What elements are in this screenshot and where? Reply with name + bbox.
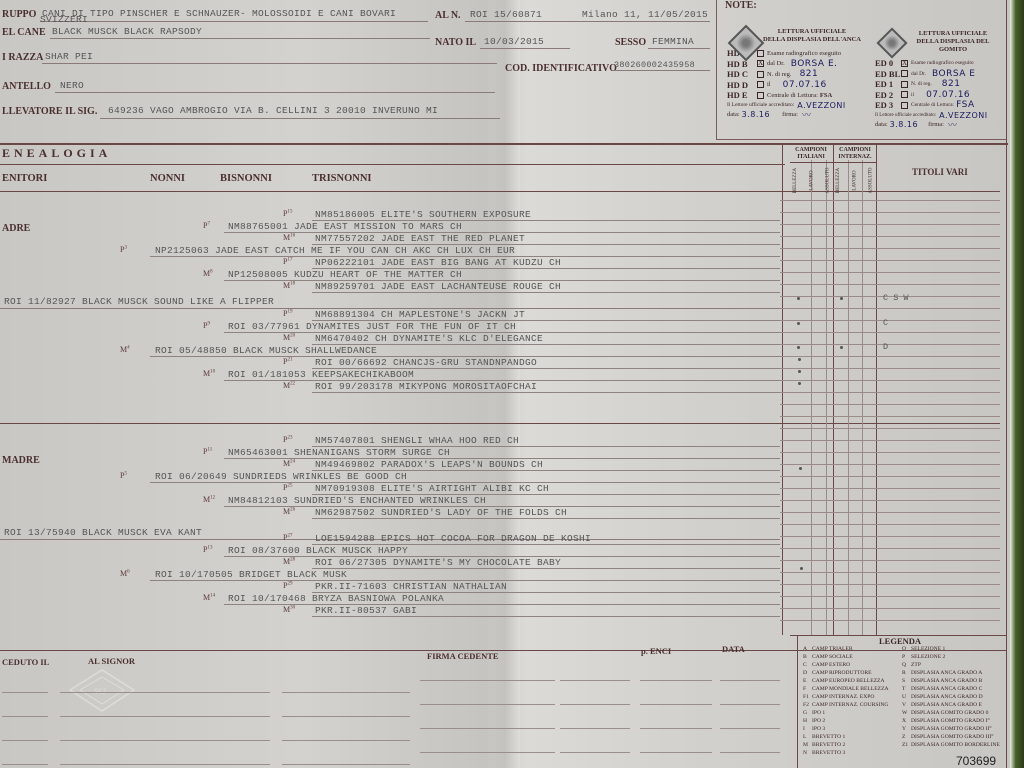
elbow-date-handwritten: 07.07.16 [926, 90, 970, 100]
birth-date: 10/03/2015 [484, 36, 544, 47]
hd-a-checkbox[interactable] [757, 50, 764, 57]
registration-number: ROI 15/60871 [470, 9, 542, 20]
ancestor-underline [312, 344, 780, 345]
grid-row-line [780, 608, 1000, 609]
ancestor-name: NM89259701 JADE EAST LACHANTEUSE ROUGE C… [315, 281, 561, 292]
legend-value: DISPLASIA ANCA GRADO D [911, 694, 983, 700]
ed-grade-code: ED 1 [875, 79, 901, 89]
sire-name: ROI 11/82927 BLACK MUSCK SOUND LIKE A FL… [4, 296, 274, 307]
titoli-sire: C S W [883, 293, 909, 303]
ancestor-position: P29 [283, 581, 292, 590]
legend-item: ACAMP TRIALER [803, 646, 853, 654]
ed-grade-row: ED 2 il 07.07.16 [875, 90, 1003, 101]
ed-text: Esame radiografico eseguito [911, 60, 974, 66]
cod-label: COD. IDENTIFICATIVO [505, 63, 617, 74]
legend-item: VDISPLASIA ANCA GRADO E [902, 702, 982, 710]
ancestor-name: NM88765001 JADE EAST MISSION TO MARS CH [228, 221, 462, 232]
dam-name: ROI 13/75940 BLACK MUSCK EVA KANT [4, 527, 202, 538]
campioni-internaz-header: CAMPIONI INTERNAZ. [834, 147, 876, 161]
grid-row-line [780, 488, 1000, 489]
gruppo-value-2: SVIZZERI [40, 14, 88, 25]
legend-value: SELEZIONE 1 [911, 646, 945, 652]
legend-key: Y [902, 726, 911, 734]
champion-mark [797, 346, 800, 349]
signature-line [720, 728, 780, 729]
hip-firma-label: firma: [782, 111, 798, 118]
signature-line [720, 680, 780, 681]
ancestor-underline [312, 568, 780, 569]
ed-0-checkbox[interactable]: X [901, 60, 908, 67]
signature-line [420, 728, 555, 729]
signature-line [560, 728, 630, 729]
note-box: NOTE: LETTURA UFFICIALE DELLA DISPLASIA … [716, 0, 1006, 140]
hip-data-label: data: [727, 111, 740, 118]
signature-line [282, 764, 410, 765]
champion-mark [797, 297, 800, 300]
signature-line [60, 764, 270, 765]
legend-value: DISPLASIA GOMITO BORDERLINE [911, 742, 1000, 748]
legend-value: BREVETTO 3 [812, 750, 845, 756]
ancestor-position: P11 [203, 447, 212, 456]
legend-value: DISPLASIA ANCA GRADO E [911, 702, 982, 708]
col-bellezza-it: BELLEZZA [793, 168, 798, 193]
grid-row-line [780, 392, 1000, 393]
grid-row-line [780, 344, 1000, 345]
ancestor-position: M12 [203, 495, 215, 504]
col-lavoro-it: LAVORO [810, 170, 815, 190]
legend-item: LBREVETTO 1 [803, 734, 845, 742]
ancestor-position: M4 [120, 345, 130, 354]
madre-label: MADRE [2, 455, 40, 466]
hd-grade-row: HD B X dal Dr. BORSA E. [727, 59, 867, 70]
legend-key: H [803, 718, 812, 726]
legend-value: CAMP TRIALER [812, 646, 853, 652]
legend-item: UDISPLASIA ANCA GRADO D [902, 694, 983, 702]
signature-line [420, 680, 555, 681]
hip-reader-row: Il Lettore ufficiale accreditato: A.VEZZ… [727, 101, 867, 110]
genealogy-title: ENEALOGIA [2, 146, 111, 161]
ancestor-name: ROI 08/37600 BLACK MUSCK HAPPY [228, 545, 408, 556]
elbow-doctor-handwritten: BORSA E [932, 69, 975, 79]
ed-grade-code: ED BL [875, 69, 901, 79]
hd-grade-row: HD C N. di reg. 821 [727, 69, 867, 80]
legend-key: B [803, 654, 812, 662]
ancestor-position: M30 [283, 605, 295, 614]
hd-b-checkbox[interactable]: X [757, 60, 764, 67]
ancestor-name: ROI 03/77961 DYNAMITES JUST FOR THE FUN … [228, 321, 516, 332]
ancestor-position: P5 [120, 471, 127, 480]
titoli-vari-header: TITOLI VARI [912, 167, 968, 177]
ancestor-position: M22 [283, 381, 295, 390]
grid-row-line [780, 416, 1000, 417]
legend-value: IPO 3 [812, 726, 825, 732]
grid-row-line [780, 236, 1000, 237]
pedigree-certificate: RUPPO CANI DI TIPO PINSCHER E SCHNAUZER-… [0, 0, 1012, 768]
ancestor-name: NP12508005 KUDZU HEART OF THE MATTER CH [228, 269, 462, 280]
grid-row-line [780, 512, 1000, 513]
ed-text: dal Dr. [911, 71, 926, 77]
legend-item: Z1DISPLASIA GOMITO BORDERLINE [902, 742, 1000, 750]
signature-line [282, 692, 410, 693]
grid-row-line [780, 356, 1000, 357]
nato-label: NATO IL [435, 37, 476, 48]
camp-divider [782, 145, 783, 635]
ed-text: Centrale di Lettura: [911, 102, 954, 108]
legend-value: BREVETTO 2 [812, 742, 845, 748]
legend-key: D [803, 670, 812, 678]
hd-text: Esame radiografico eseguito [767, 50, 841, 57]
grid-row-line [780, 200, 1000, 201]
legend-item: TDISPLASIA ANCA GRADO C [902, 686, 982, 694]
grid-row-line [780, 464, 1000, 465]
ancestor-position: P25 [283, 483, 292, 492]
ancestor-position: M6 [120, 569, 130, 578]
grid-row-line [780, 596, 1000, 597]
ancestor-name: ROI 01/181053 KEEPSAKECHIKABOOM [228, 369, 414, 380]
col-assoluto-it: ASSOLUTO [826, 167, 831, 193]
grid-row-line [780, 260, 1000, 261]
nato-underline [480, 48, 570, 49]
hip-title-2: DELLA DISPLASIA DELL'ANCA [757, 36, 867, 44]
legend-item: F1CAMP INTERNAZ. EXPO [803, 694, 874, 702]
gruppo-label: RUPPO [2, 9, 36, 20]
grid-row-line [780, 248, 1000, 249]
grid-row-line [780, 524, 1000, 525]
elbow-reader-row: Il Lettore ufficiale accreditato: A.VEZZ… [875, 111, 1003, 120]
champion-mark [799, 467, 802, 470]
ancestor-position: M24 [283, 459, 295, 468]
signature-line [640, 752, 712, 753]
microchip-id: 380260002435958 [614, 60, 695, 70]
signature-line [2, 764, 48, 765]
ed-2-checkbox[interactable] [901, 91, 908, 98]
legend-value: IPO 2 [812, 718, 825, 724]
col-lavoro-int: LAVORO [853, 170, 858, 190]
al-signor-label: AL SIGNOR [88, 656, 135, 666]
grid-row-line [780, 572, 1000, 573]
legend-item: YDISPLASIA GOMITO GRADO II° [902, 726, 992, 734]
legend-value: CAMP MONDIALE BELLEZZA [812, 686, 889, 692]
ancestor-name: NP2125063 JADE EAST CATCH ME IF YOU CAN … [155, 245, 515, 256]
legend-key: C [803, 662, 812, 670]
serial-number: 703699 [956, 754, 996, 768]
elbow-reg-handwritten: 821 [942, 79, 961, 89]
ed-3-checkbox[interactable] [901, 102, 908, 109]
legend-value: CAMP RIPRODUTTORE [812, 670, 872, 676]
camp-divider [848, 160, 849, 635]
gruppo-value: CANI DI TIPO PINSCHER E SCHNAUZER- MOLOS… [42, 8, 396, 19]
ed-grade-code: ED 2 [875, 90, 901, 100]
signature-line [720, 752, 780, 753]
ancestor-position: P3 [120, 245, 127, 254]
legend-value: CAMP ESTERO [812, 662, 850, 668]
signature-line [2, 716, 48, 717]
legend-key: O [902, 646, 911, 654]
ancestor-position: P21 [283, 357, 292, 366]
al-n-label: AL N. [435, 10, 461, 21]
legend-key: I [803, 726, 812, 734]
firma-cedente-label: FIRMA CEDENTE [427, 651, 499, 661]
signature-line [420, 752, 555, 753]
ancestor-position: M8 [203, 269, 213, 278]
ed-text: N. di reg. [911, 81, 932, 87]
hip-data-handwritten: 3.8.16 [742, 110, 770, 119]
ancestor-name: ROI 06/27305 DYNAMITE'S MY CHOCOLATE BAB… [315, 557, 561, 568]
legend-item: CCAMP ESTERO [803, 662, 850, 670]
ed-text: il [911, 92, 914, 98]
hip-date-handwritten: 07.07.16 [783, 80, 827, 90]
ancestor-position: P19 [283, 309, 292, 318]
grid-row-line [780, 440, 1000, 441]
signature-line [60, 692, 270, 693]
signature-line [560, 704, 630, 705]
hip-reg-handwritten: 821 [800, 69, 819, 79]
grid-row-line [780, 500, 1000, 501]
ancestor-position: P23 [283, 435, 292, 444]
ancestor-name: NM68891304 CH MAPLESTONE'S JACKN JT [315, 309, 525, 320]
signature-line [420, 704, 555, 705]
grid-row-line [780, 560, 1000, 561]
ed-grade-code: ED 3 [875, 100, 901, 110]
legend-item: BCAMP SOCIALE [803, 654, 853, 662]
legend-key: E [803, 678, 812, 686]
grid-row-line [780, 404, 1000, 405]
signature-line [560, 752, 630, 753]
ancestor-underline [312, 292, 780, 293]
ancestor-name: NM57407801 SHENGLI WHAA HOO RED CH [315, 435, 519, 446]
legend-value: SELEZIONE 2 [911, 654, 945, 660]
hd-text: dal Dr. [767, 60, 785, 67]
legend-key: Z [902, 734, 911, 742]
mantello-label: ANTELLO [2, 81, 51, 92]
legend-value: DISPLASIA ANCA GRADO C [911, 686, 982, 692]
hd-grade-code: HD D [727, 80, 757, 90]
champion-mark [798, 370, 801, 373]
ancestor-position: M16 [283, 233, 295, 242]
genealogy-top-rule [0, 143, 1008, 145]
legend-key: P [902, 654, 911, 662]
legend-key: F1 [803, 694, 812, 702]
legend-value: CAMP INTERNAZ. EXPO [812, 694, 874, 700]
ancestor-position: M28 [283, 557, 295, 566]
legend-value: DISPLASIA ANCA GRADO A [911, 670, 982, 676]
grid-row-line [780, 548, 1000, 549]
allevatore-label: LLEVATORE IL SIG. [2, 106, 97, 117]
hip-date-row: data: 3.8.16 firma: 〰 [727, 110, 867, 119]
ancestor-name: NM49469802 PARADOX'S LEAPS'N BOUNDS CH [315, 459, 543, 470]
elbow-centre-handwritten: FSA [956, 100, 975, 110]
hip-doctor-handwritten: BORSA E. [791, 59, 838, 69]
camp-divider [826, 160, 827, 635]
camp-divider [862, 160, 863, 635]
ed-grade-row: ED 3 Centrale di Lettura: FSA [875, 100, 1003, 111]
legend-item: FCAMP MONDIALE BELLEZZA [803, 686, 889, 694]
legend-key: X [902, 718, 911, 726]
sire-dam-divider [0, 423, 1000, 424]
ancestor-underline [312, 616, 780, 617]
hd-text: il [767, 81, 771, 88]
cane-underline [50, 38, 430, 39]
legend-item: WDISPLASIA GOMITO GRADO 0 [902, 710, 988, 718]
ed-grade-row: ED BL dal Dr. BORSA E [875, 69, 1003, 80]
ancestor-name: ROI 06/20649 SUNDRIEDS WRINKLES BE GOOD … [155, 471, 407, 482]
razza-underline [42, 63, 497, 64]
gruppo-underline [40, 21, 428, 22]
razza-label: I RAZZA [2, 52, 43, 63]
hd-grade-code: HD E [727, 90, 757, 100]
ancestor-position: P15 [283, 209, 292, 218]
signature-icon: 〰 [802, 108, 812, 121]
issue-place-date: Milano 11, 11/05/2015 [582, 9, 708, 20]
cod-underline [612, 70, 710, 71]
legend-key: T [902, 686, 911, 694]
champion-mark [840, 297, 843, 300]
grid-row-line [780, 368, 1000, 369]
ed-grade-code: ED 0 [875, 58, 901, 68]
ancestor-name: ROI 00/66692 CHANCJS-GRU STANDNPANDGO [315, 357, 537, 368]
legend-key: M [803, 742, 812, 750]
grid-row-line [780, 332, 1000, 333]
ancestor-position: M10 [203, 369, 215, 378]
grid-row-line [780, 536, 1000, 537]
ancestor-position: M20 [283, 333, 295, 342]
grid-row-line [780, 320, 1000, 321]
breed-value: SHAR PEI [45, 51, 93, 62]
ancestor-name: NM62987502 SUNDRIED'S LADY OF THE FOLDS … [315, 507, 567, 518]
padre-label: ADRE [2, 223, 30, 234]
ancestor-name: NM85186005 ELITE'S SOUTHERN EXPOSURE [315, 209, 531, 220]
camp-divider [833, 145, 834, 635]
col-bisnonni: BISNONNI [220, 173, 272, 184]
ancestor-name: NM77557202 JADE EAST THE RED PLANET [315, 233, 525, 244]
coat-value: NERO [60, 80, 84, 91]
ancestor-underline [224, 604, 780, 605]
ancestor-name: NM84812103 SUNDRIED'S ENCHANTED WRINKLES… [228, 495, 486, 506]
legend-key: F [803, 686, 812, 694]
hip-centre: FSA [820, 92, 832, 99]
legend-key: Z1 [902, 742, 911, 750]
sesso-underline [648, 48, 710, 49]
legend-key: N [803, 750, 812, 758]
background-edge [1010, 0, 1024, 768]
legend-value: ZTP [911, 662, 921, 668]
col-bellezza-int: BELLEZZA [836, 168, 841, 193]
legend-item: RDISPLASIA ANCA GRADO A [902, 670, 982, 678]
note-label: NOTE: [725, 0, 757, 11]
ed-grade-row: ED 0 X Esame radiografico eseguito [875, 58, 1003, 69]
ancestor-position: P17 [283, 257, 292, 266]
signature-line [282, 716, 410, 717]
signature-line [60, 740, 270, 741]
legend-item: DCAMP RIPRODUTTORE [803, 670, 872, 678]
elbow-data-handwritten: 3.8.16 [890, 120, 918, 129]
ancestor-position: P13 [203, 545, 212, 554]
mantello-underline [55, 92, 495, 93]
grid-row-line [780, 224, 1000, 225]
legend-item: ECAMP EUROPEO BELLEZZA [803, 678, 885, 686]
elbow-firma-label: firma: [928, 121, 944, 128]
ed-bl-checkbox[interactable] [901, 70, 908, 77]
enci-embossed-seal-icon: SCI [62, 668, 142, 713]
legend-item: NBREVETTO 3 [803, 750, 845, 758]
elbow-title-1: LETTURA UFFICIALE [903, 30, 1003, 38]
ancestor-position: P27 [283, 533, 292, 542]
elbow-title-2: DELLA DISPLASIA DEL GOMITO [903, 38, 1003, 54]
legend-key: G [803, 710, 812, 718]
grid-row-line [780, 308, 1000, 309]
champion-mark [798, 382, 801, 385]
titoli-9: C [883, 318, 888, 328]
elbow-data-label: data: [875, 121, 888, 128]
ed-1-checkbox[interactable] [901, 81, 908, 88]
ancestor-name: ROI 10/170505 BRIDGET BLACK MUSK [155, 569, 347, 580]
hd-text: Centrale di Lettura: [767, 92, 818, 99]
hd-grade-code: HD C [727, 69, 757, 79]
grid-row-line [780, 272, 1000, 273]
legend-value: DISPLASIA GOMITO GRADO II° [911, 726, 992, 732]
legend-key: Q [902, 662, 911, 670]
champion-mark [798, 358, 801, 361]
breeder-value: 649236 VAGO AMBROGIO VIA B. CELLINI 3 20… [108, 105, 438, 116]
col-assoluto-int: ASSOLUTO [869, 167, 874, 193]
ceduto-il-label: CEDUTO IL [2, 657, 49, 667]
ancestor-name: NP06222101 JADE EAST BIG BANG AT KUDZU C… [315, 257, 561, 268]
legend-item: F2CAMP INTERNAZ. COURSING [803, 702, 888, 710]
al-n-underline [465, 21, 710, 22]
hd-grade-row: HD E Centrale di Lettura: FSA [727, 90, 867, 101]
ancestor-name: NM70919308 ELITE'S AIRTIGHT ALIBI KC CH [315, 483, 549, 494]
column-header-rule [0, 191, 1000, 192]
ancestor-name: ROI 10/170468 BRYZA BASNIOWA POLANKA [228, 593, 444, 604]
ancestor-position: P7 [203, 221, 210, 230]
grid-row-line [780, 212, 1000, 213]
legend-value: DISPLASIA GOMITO GRADO III° [911, 734, 993, 740]
hd-text: N. di reg. [767, 71, 792, 78]
grid-row-line [780, 476, 1000, 477]
hip-title-1: LETTURA UFFICIALE [757, 28, 867, 36]
legend-value: DISPLASIA GOMITO GRADO I° [911, 718, 990, 724]
genealogy-sub-rule [0, 164, 785, 165]
ancestor-name: ROI 99/203178 MIKYPONG MOROSITAOFCHAI [315, 381, 537, 392]
hd-e-checkbox[interactable] [757, 92, 764, 99]
legend-item: HIPO 2 [803, 718, 825, 726]
legend-value: IPO 1 [812, 710, 825, 716]
hd-d-checkbox[interactable] [757, 81, 764, 88]
legend-item: ZDISPLASIA GOMITO GRADO III° [902, 734, 993, 742]
p-enci-label: p. ENCI [641, 646, 671, 656]
ed-grade-row: ED 1 N. di reg. 821 [875, 79, 1003, 90]
data-label: DATA [722, 644, 745, 654]
titoli-4: D [883, 342, 888, 352]
champion-mark [797, 322, 800, 325]
hd-c-checkbox[interactable] [757, 71, 764, 78]
camp-sub-rule [790, 162, 876, 163]
legend-item: QZTP [902, 662, 921, 670]
sesso-label: SESSO [615, 37, 646, 48]
allevatore-underline [100, 118, 500, 119]
legend-key: R [902, 670, 911, 678]
col-trisnonni: TRISNONNI [312, 173, 372, 184]
champion-mark [840, 346, 843, 349]
grid-row-line [780, 428, 1000, 429]
grid-row-line [780, 284, 1000, 285]
legend-title: LEGENDA [879, 636, 921, 646]
legend-key: S [902, 678, 911, 686]
legend-value: BREVETTO 1 [812, 734, 845, 740]
signature-line [560, 680, 630, 681]
elbow-date-row: data: 3.8.16 firma: 〰 [875, 120, 1003, 129]
legend-key: A [803, 646, 812, 654]
